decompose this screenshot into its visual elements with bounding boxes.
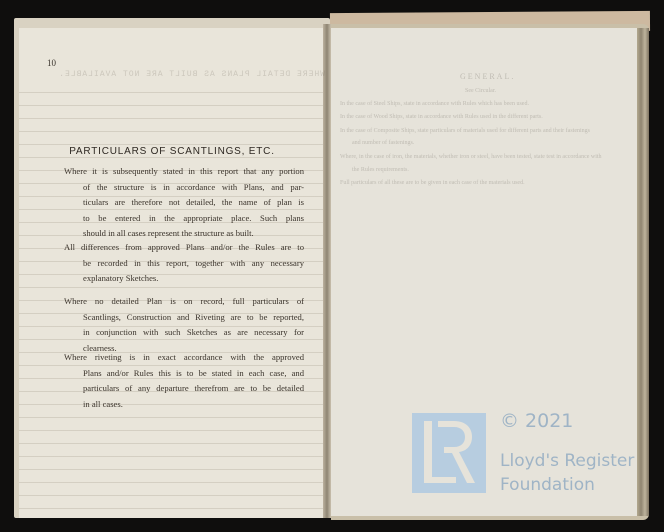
- organization-name-line1: Lloyd's Register: [500, 449, 648, 473]
- bleed-through-line: the Rules requirements.: [352, 167, 642, 173]
- organization-name-line2: Foundation: [500, 473, 648, 497]
- page-number: 10: [47, 58, 56, 68]
- paragraph-riveting: Where riveting is in exact accordance wi…: [64, 350, 304, 412]
- bleed-through-header: WHERE DETAIL PLANS AS BUILT ARE NOT AVAI…: [75, 70, 325, 79]
- section-title: PARTICULARS OF SCANTLINGS, ETC.: [19, 146, 325, 157]
- bleed-through-line: Full particulars of all these are to be …: [340, 180, 630, 186]
- bleed-through-line: and number of fastenings.: [352, 140, 642, 146]
- paragraph-no-detailed-plan: Where no detailed Plan is on record, ful…: [64, 294, 304, 356]
- bleed-through-line: Where, in the case of iron, the material…: [340, 154, 630, 160]
- bleed-through-heading: GENERAL.: [460, 72, 664, 81]
- lr-logo-icon: [412, 413, 486, 493]
- paragraph-differences: All differences from approved Plans and/…: [64, 240, 304, 287]
- page-edges: [637, 28, 649, 516]
- book-spine-gutter: [323, 24, 331, 518]
- organization-name: Lloyd's Register Foundation: [500, 449, 648, 497]
- bleed-through-line: In the case of Steel Ships, state in acc…: [340, 101, 630, 107]
- bleed-through-line: In the case of Composite Ships, state pa…: [340, 128, 630, 134]
- bleed-through-line: In the case of Wood Ships, state in acco…: [340, 114, 630, 120]
- bleed-through-subheading: See Circular.: [465, 88, 664, 94]
- paragraph-plans-reference: Where it is subsequently stated in this …: [64, 164, 304, 242]
- copyright-notice: © 2021: [500, 410, 573, 432]
